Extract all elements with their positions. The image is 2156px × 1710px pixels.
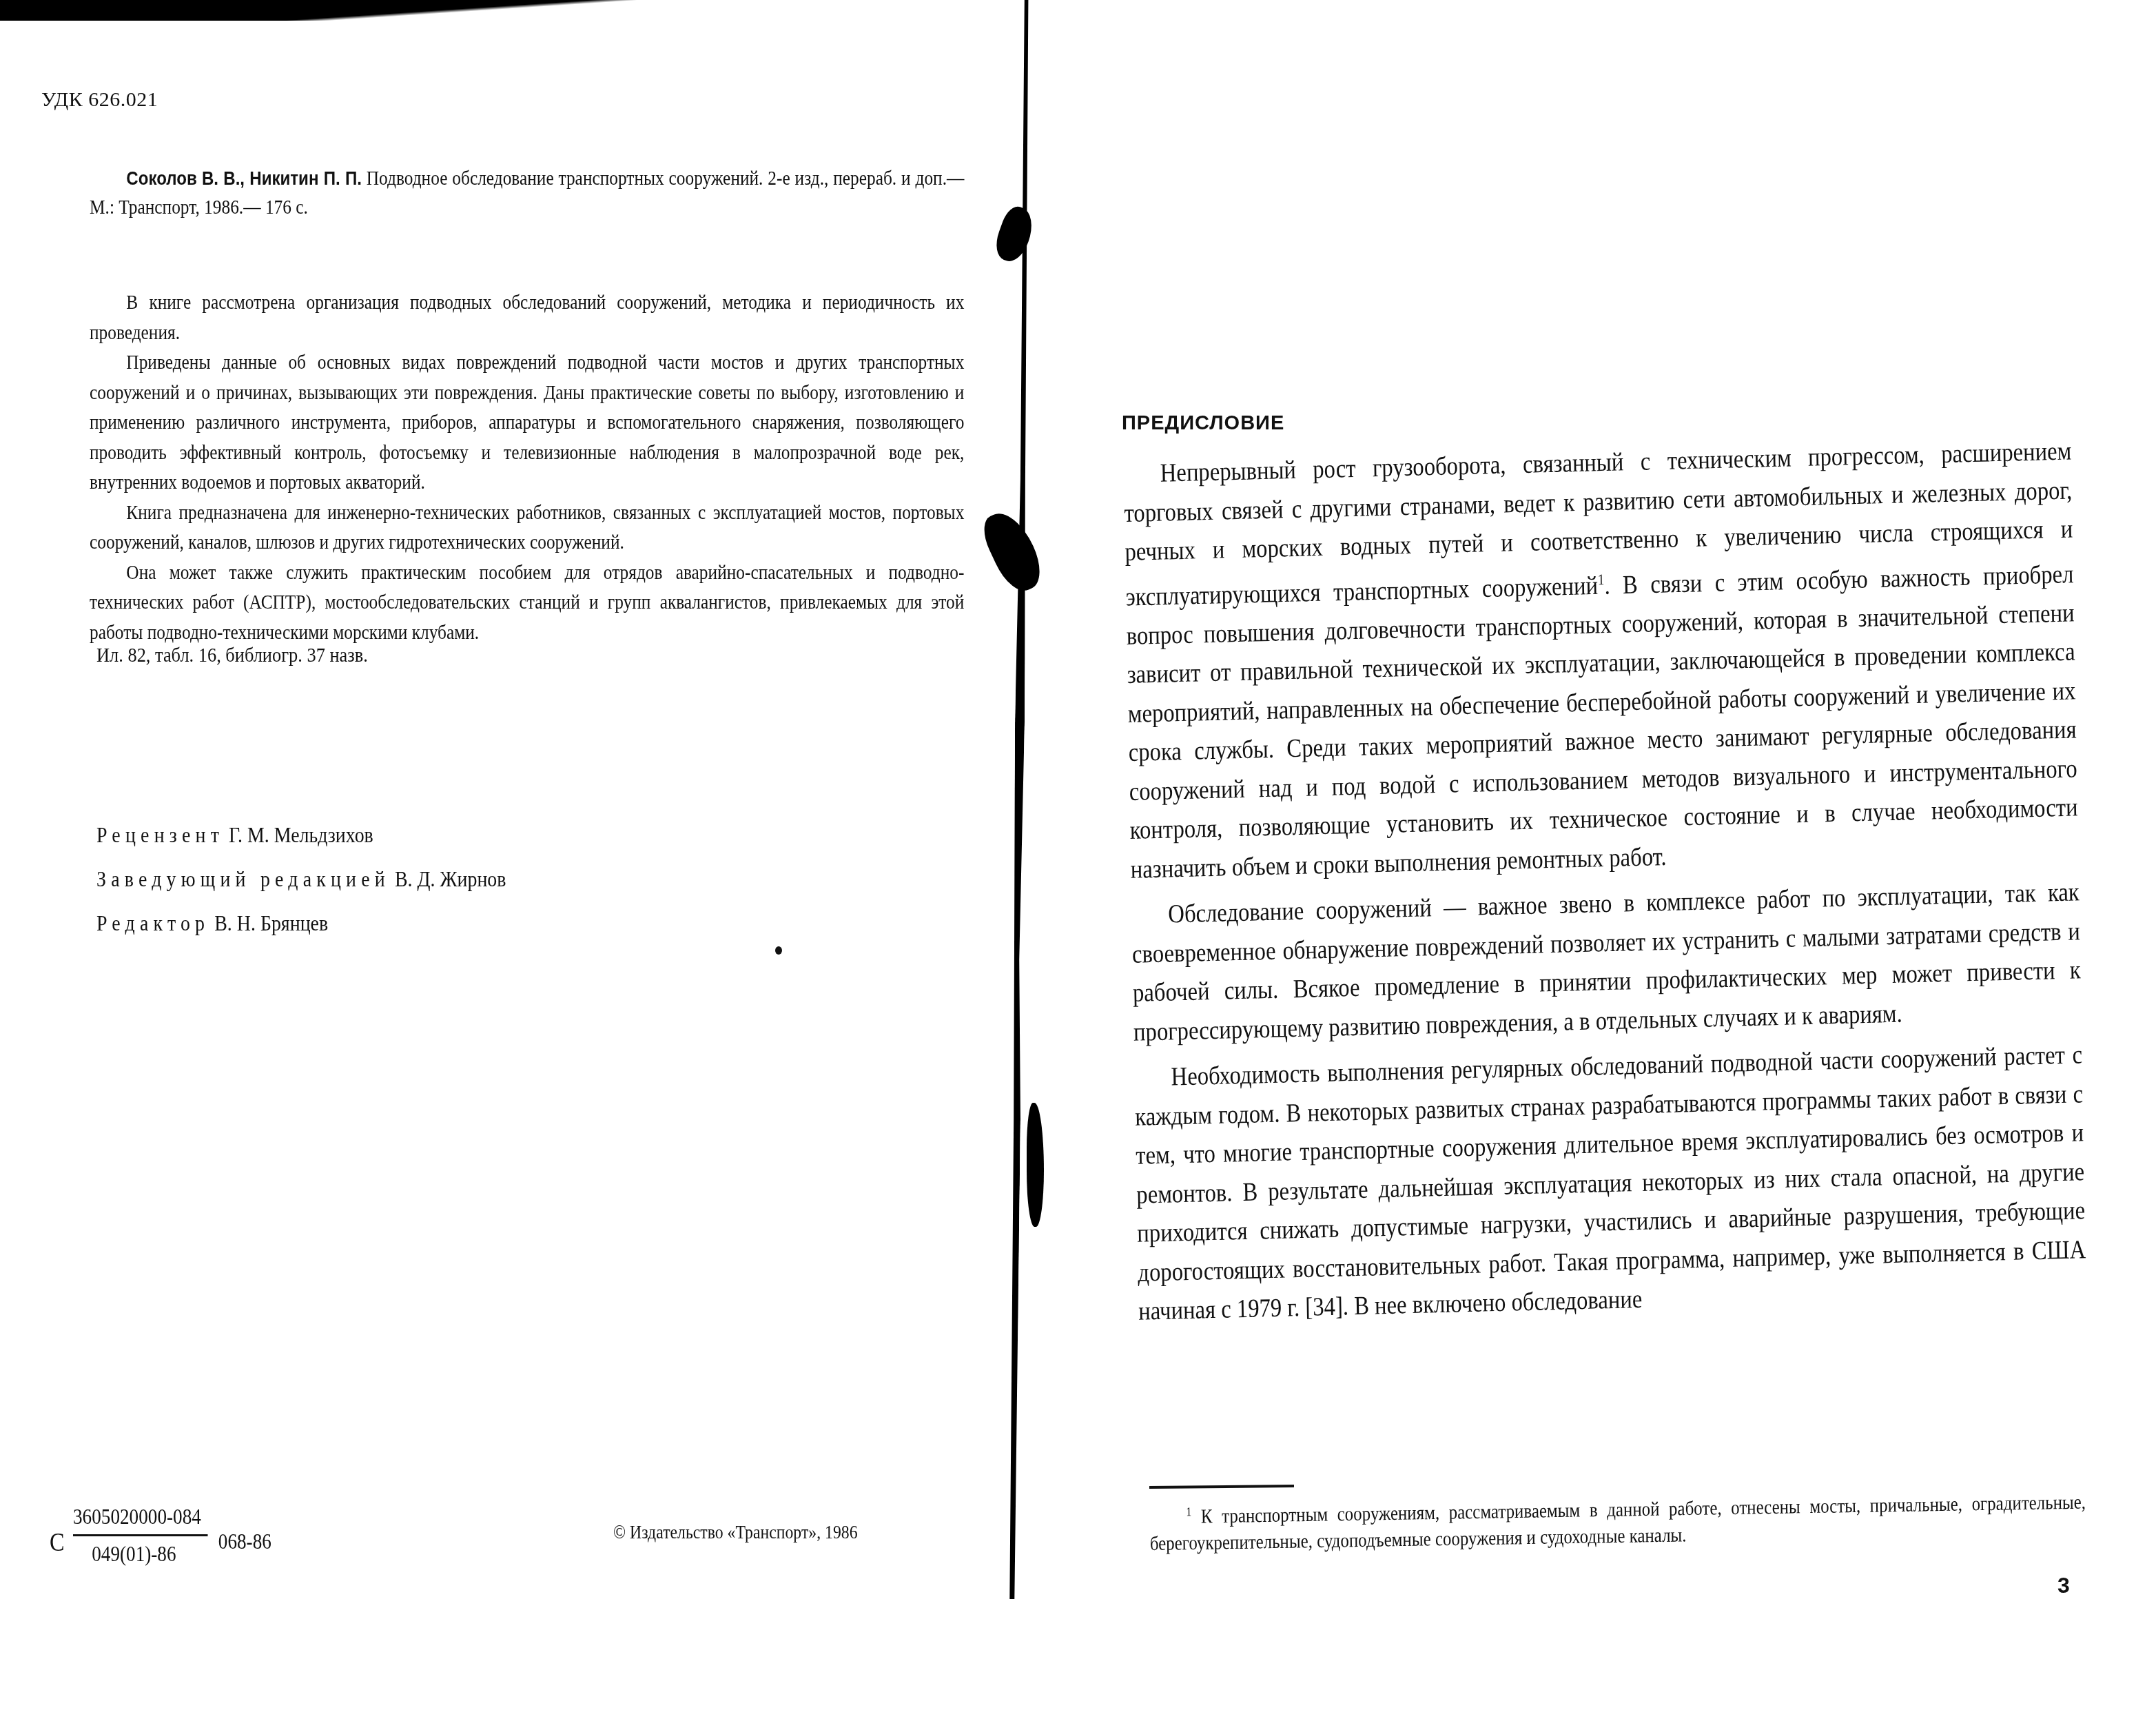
udk-code: УДК 626.021 (41, 88, 158, 112)
catalog-suffix: 068-86 (218, 1529, 271, 1554)
footnote-text: К транспортным сооружениям, рассматривае… (1150, 1492, 2086, 1555)
copyright: © Издательство «Транспорт», 1986 (613, 1522, 858, 1543)
credit-head-editor: Заведующий редакцией В. Д. Жирнов (96, 857, 506, 902)
catalog-denominator: 049(01)-86 (92, 1541, 176, 1567)
scan-top-edge-shadow (0, 0, 923, 21)
footnote-divider (1149, 1485, 1294, 1489)
ink-dot (775, 946, 782, 955)
page-number: 3 (2057, 1573, 2070, 1598)
preface-paragraph: Необходимость выполнения регулярных обсл… (1134, 1035, 2087, 1331)
catalog-numerator: 3605020000-084 (73, 1504, 201, 1529)
credits: Рецензент Г. М. Мельдзихов Заведующий ре… (96, 813, 506, 946)
illustrations-count: Ил. 82, табл. 16, библиогр. 37 назв. (96, 644, 368, 667)
credit-reviewer: Рецензент Г. М. Мельдзихов (96, 813, 506, 857)
preface-body: Непрерывный рост грузооборота, связанный… (1123, 431, 2087, 1338)
page-title: ПРЕДИСЛОВИЕ (1122, 412, 1284, 435)
abstract-paragraph: Книга предназначена для инженерно-технич… (90, 498, 964, 558)
fraction-bar (73, 1534, 208, 1536)
credit-editor: Редактор В. Н. Брянцев (96, 902, 506, 946)
abstract-paragraph: В книге рассмотрена организация подводны… (90, 288, 964, 348)
preface-paragraph: Непрерывный рост грузооборота, связанный… (1123, 431, 2079, 889)
gutter-blot (976, 505, 1049, 598)
abstract-paragraph: Она может также служить практическим пос… (90, 558, 964, 649)
preface-paragraph: Обследование сооружений — важное звено в… (1131, 873, 2082, 1052)
gutter-blot (1027, 1103, 1044, 1227)
abstract: В книге рассмотрена организация подводны… (90, 288, 964, 648)
gutter-blot (991, 203, 1039, 266)
catalog-prefix: С (50, 1527, 65, 1558)
footnote-marker: 1 (1186, 1505, 1191, 1518)
abstract-paragraph: Приведены данные об основных видах повре… (90, 348, 964, 498)
bibliographic-record: Соколов В. В., Никитин П. П. Подводное о… (90, 164, 964, 222)
footnote: 1 К транспортным сооружениям, рассматрив… (1149, 1484, 2086, 1557)
footnote-ref[interactable]: 1 (1598, 571, 1605, 588)
authors: Соколов В. В., Никитин П. П. (126, 167, 362, 189)
